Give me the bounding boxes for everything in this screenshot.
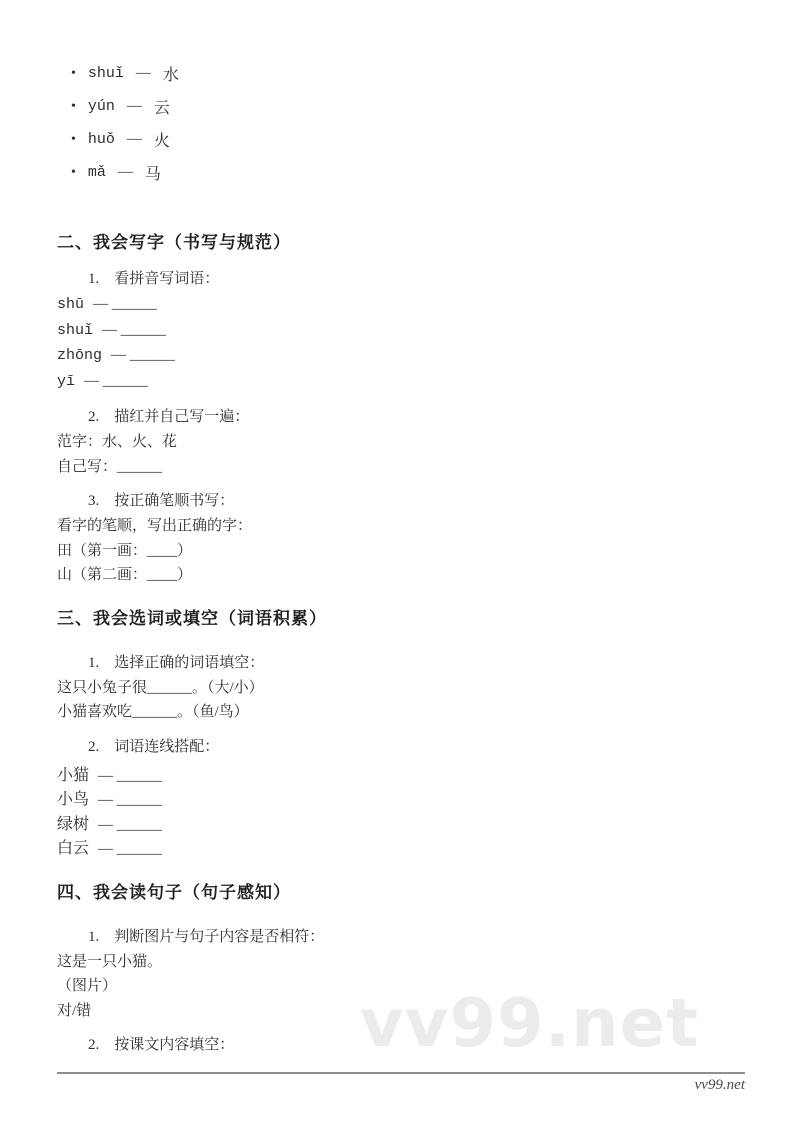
stroke-order-intro: 看字的笔顺，写出正确的字： — [57, 514, 743, 539]
model-characters-line: 范字：水、火、花 — [57, 430, 743, 455]
bullet-icon: • — [71, 165, 76, 181]
bullet-icon: • — [71, 99, 76, 115]
section-3-heading: 三、我会选词或填空（词语积累） — [57, 607, 743, 631]
pinyin-text: shū — [57, 293, 84, 318]
pinyin-blank-row: zhōng — ______ — [57, 343, 743, 369]
section-3-item-2: 2. 词语连线搭配： — [88, 735, 743, 760]
hanzi-text: 水 — [163, 62, 179, 85]
blank-field: — ______ — [98, 837, 162, 862]
dash: — — [136, 65, 151, 82]
stroke-question-shan: 山（第二画：____） — [57, 563, 743, 588]
footer-site-text: vv99.net — [695, 1077, 745, 1094]
list-item: • yún — 云 — [71, 90, 743, 123]
worksheet-content: • shuǐ — 水 • yún — 云 • huǒ — 火 • mǎ — — [0, 0, 800, 1058]
word-pair-row: 小鸟 — ______ — [57, 788, 743, 813]
pinyin-text: huǒ — [88, 131, 115, 148]
word-pair-row: 白云 — ______ — [57, 837, 743, 862]
section-2-item-3: 3. 按正确笔顺书写： — [88, 489, 743, 514]
section-4-item-2: 2. 按课文内容填空： — [88, 1033, 743, 1058]
section-4-heading: 四、我会读句子（句子感知） — [57, 881, 743, 905]
pinyin-text: shuǐ — [88, 65, 124, 82]
judge-sentence: 这是一只小猫。 — [57, 950, 743, 975]
blank-field: — ______ — [93, 292, 157, 317]
word-text: 小猫 — [57, 764, 89, 789]
list-item: • shuǐ — 水 — [71, 57, 743, 90]
pinyin-text: mǎ — [88, 164, 106, 181]
dash: — — [127, 131, 142, 148]
blank-field: — ______ — [98, 813, 162, 838]
hanzi-text: 马 — [145, 161, 161, 184]
blank-field: — ______ — [102, 318, 166, 343]
image-placeholder-text: （图片） — [57, 974, 743, 999]
blank-field: — ______ — [98, 788, 162, 813]
blank-field: — ______ — [84, 369, 148, 394]
list-item: • mǎ — 马 — [71, 156, 743, 189]
word-text: 小鸟 — [57, 788, 89, 813]
pinyin-text: zhōng — [57, 344, 102, 369]
bullet-icon: • — [71, 66, 76, 82]
true-false-text: 对/错 — [57, 999, 743, 1024]
section-2-item-1: 1. 看拼音写词语： — [88, 267, 743, 292]
word-text: 白云 — [57, 837, 89, 862]
blank-field: — ______ — [98, 764, 162, 789]
bullet-icon: • — [71, 132, 76, 148]
word-pair-row: 小猫 — ______ — [57, 764, 743, 789]
pinyin-text: yún — [88, 98, 115, 115]
pinyin-match-list: • shuǐ — 水 • yún — 云 • huǒ — 火 • mǎ — — [71, 57, 743, 189]
word-pair-row: 绿树 — ______ — [57, 813, 743, 838]
pinyin-blank-row: yī — ______ — [57, 369, 743, 395]
fill-blank-sentence: 小猫喜欢吃______。（鱼/鸟） — [57, 700, 743, 725]
dash: — — [127, 98, 142, 115]
hanzi-text: 火 — [154, 128, 170, 151]
section-2-heading: 二、我会写字（书写与规范） — [57, 231, 743, 255]
stroke-question-tian: 田（第一画：____） — [57, 539, 743, 564]
section-3-item-1: 1. 选择正确的词语填空： — [88, 651, 743, 676]
list-item: • huǒ — 火 — [71, 123, 743, 156]
word-text: 绿树 — [57, 813, 89, 838]
blank-field: — ______ — [111, 343, 175, 368]
worksheet-page: vv99.net • shuǐ — 水 • yún — 云 • huǒ — 火 — [0, 0, 800, 1130]
dash: — — [118, 164, 133, 181]
self-write-line: 自己写：______ — [57, 455, 743, 480]
fill-blank-sentence: 这只小兔子很______。（大/小） — [57, 676, 743, 701]
pinyin-text: yī — [57, 370, 75, 395]
word-pair-group: 小猫 — ______ 小鸟 — ______ 绿树 — ______ 白云 —… — [57, 764, 743, 862]
hanzi-text: 云 — [154, 95, 170, 118]
section-4-item-1: 1. 判断图片与句子内容是否相符： — [88, 925, 743, 950]
pinyin-blank-row: shuǐ — ______ — [57, 318, 743, 344]
pinyin-blank-row: shū — ______ — [57, 292, 743, 318]
footer-divider — [57, 1072, 745, 1074]
section-2-item-2: 2. 描红并自己写一遍： — [88, 405, 743, 430]
pinyin-text: shuǐ — [57, 319, 93, 344]
